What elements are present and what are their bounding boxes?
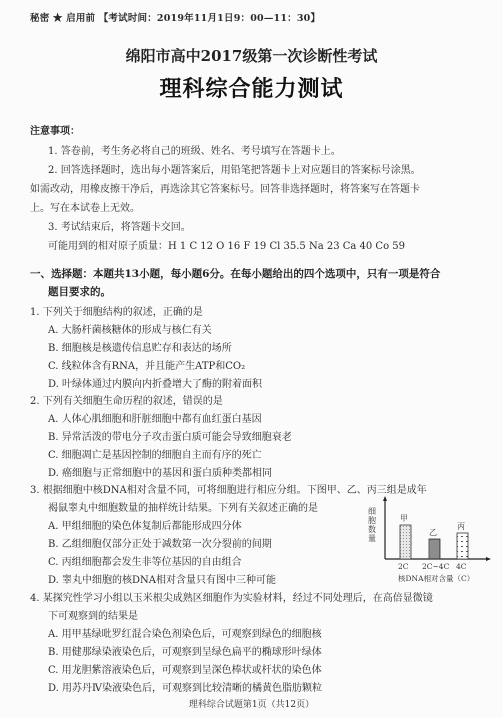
chart-x-label: 核DNA相对含量（C） [398, 573, 474, 584]
notice-item: 1. 答卷前，考生务必将自己的班级、姓名、考号填写在答题卡上。 [48, 142, 341, 157]
question-1-stem: 1. 下列关于细胞结构的叙述，正确的是 [30, 303, 203, 318]
question-1-option-a: A. 大肠杆菌核糖体的形成与核仁有关 [48, 321, 212, 336]
question-2-stem: 2. 下列有关细胞生命历程的叙述，错误的是 [30, 392, 223, 407]
x-tick-4c: 4C [456, 562, 467, 571]
atomic-masses: 可能用到的相对原子质量：H 1 C 12 O 16 F 19 Cl 35.5 N… [48, 237, 405, 252]
section-heading: 一、选择题：本题共13小题，每小题6分。在每小题给出的四个选项中，只有一项是符合 [30, 266, 440, 281]
question-4-option-c: C. 用龙胆紫溶液染色后，可观察到呈深色棒状或杆状的染色体 [48, 661, 322, 676]
question-1-option-b: B. 细胞核是核遗传信息贮存和表达的场所 [48, 339, 232, 354]
question-2-option-a: A. 人体心肌细胞和肝脏细胞中都有血红蛋白基因 [48, 410, 262, 425]
question-1-option-c: C. 线粒体含有RNA，并且能产生ATP和CO₂ [48, 357, 245, 372]
notice-item: 2. 回答选择题时，选出每小题答案后，用铅笔把答题卡上对应题目的答案标号涂黑。 [48, 161, 421, 176]
exam-subtitle: 理科综合能力测试 [0, 72, 503, 103]
question-4-option-a: A. 用甲基绿吡罗红混合染色剂染色后，可观察到绿色的细胞核 [48, 625, 322, 640]
page-footer: 理科综合试题第1页（共12页） [0, 697, 503, 710]
chart-y-label: 细胞数量 [368, 507, 377, 543]
question-2-option-b: B. 异常活泼的带电分子攻击蛋白质可能会导致细胞衰老 [48, 428, 292, 443]
question-3-option-a: A. 甲组细胞的染色体复制后都能形成四分体 [48, 517, 242, 532]
x-tick-2c: 2C [398, 562, 409, 571]
notice-title: 注意事项： [30, 122, 80, 137]
question-2-option-d: D. 癌细胞与正常细胞中的基因和蛋白质种类都相同 [48, 464, 272, 479]
bar-label-yi: 乙 [429, 527, 437, 538]
bar-label-bing: 丙 [457, 521, 465, 532]
question-4-option-d: D. 用苏丹Ⅳ染液染色后，可观察到比较清晰的橘黄色脂肪颗粒 [48, 679, 322, 694]
question-3-stem-cont: 褐鼠睾丸中细胞数量的抽样统计结果。下列有关叙述正确的是 [48, 499, 318, 514]
question-3-option-c: C. 丙组细胞都会发生非等位基因的自由组合 [48, 553, 242, 568]
section-heading-cont: 题目要求的。 [48, 284, 111, 299]
notice-item: 上。写在本试卷上无效。 [30, 199, 140, 214]
question-2-option-c: C. 细胞凋亡是基因控制的细胞自主而有序的死亡 [48, 446, 262, 461]
question-4-stem-cont: 下可观察到的结果是 [48, 607, 138, 622]
question-4-option-b: B. 用健那绿染液染色后，可观察到呈绿色扁平的椭球形叶绿体 [48, 643, 322, 658]
notice-item: 如需改动，用橡皮擦干净后，再选涂其它答案标号。回答非选择题时，将答案写在答题卡 [30, 180, 420, 195]
notice-item: 3. 考试结束后，将答题卡交回。 [48, 218, 191, 233]
bar-label-jia: 甲 [400, 513, 408, 524]
question-3-option-b: B. 乙组细胞仅部分正处于减数第一次分裂前的间期 [48, 535, 272, 550]
question-3-stem: 3. 根据细胞中核DNA相对含量不同，可将细胞进行相应分组。下图甲、乙、丙三组是… [30, 481, 427, 496]
question-1-option-d: D. 叶绿体通过内膜向内折叠增大了酶的附着面积 [48, 375, 262, 390]
exam-title: 绵阳市高中2017级第一次诊断性考试 [0, 45, 503, 66]
exam-page: 秘密 ★ 启用前 【考试时间：2019年11月1日9：00—11：30】 绵阳市… [0, 0, 503, 718]
dna-content-bar-chart: 细胞数量 甲 乙 丙 2C 2C~4C 4C 核DNA相对含量（C） [360, 495, 500, 585]
x-tick-2c-4c: 2C~4C [422, 562, 449, 571]
question-3-option-d: D. 睾丸中细胞的核DNA相对含量只有图中三种可能 [48, 571, 276, 586]
question-4-stem: 4. 某探究性学习小组以玉米根尖成熟区细胞作为实验材料，经过不同处理后，在高倍显… [30, 589, 433, 604]
secret-line: 秘密 ★ 启用前 【考试时间：2019年11月1日9：00—11：30】 [30, 10, 320, 24]
